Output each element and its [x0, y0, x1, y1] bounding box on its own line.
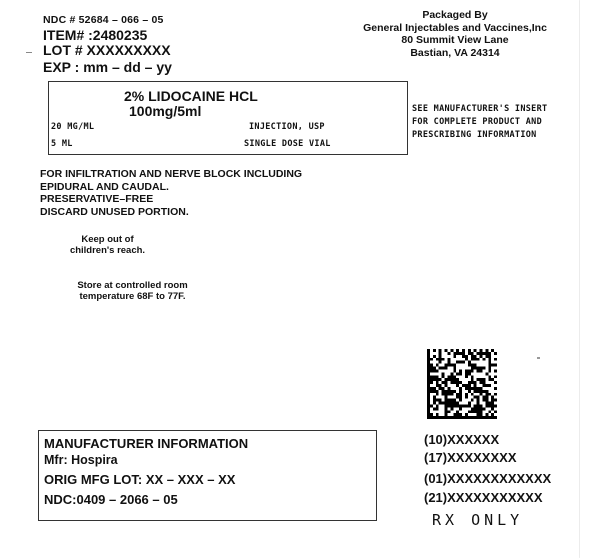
packager-street: 80 Summit View Lane [330, 34, 580, 47]
label-edge [579, 0, 580, 558]
storage-line: Store at controlled room [55, 280, 210, 291]
manufacturer-heading: MANUFACTURER INFORMATION [44, 436, 248, 451]
datamatrix-barcode-icon [427, 349, 497, 419]
product-box: 2% LIDOCAINE HCL 100mg/5ml 20 MG/ML INJE… [48, 81, 408, 155]
packager-info: Packaged By General Injectables and Vacc… [330, 9, 580, 59]
usage-line: FOR INFILTRATION AND NERVE BLOCK INCLUDI… [40, 168, 302, 181]
packager-city: Bastian, VA 24314 [330, 47, 580, 60]
warning-line: Keep out of [60, 234, 155, 245]
gs1-serial: (21)XXXXXXXXXXX [424, 490, 543, 505]
usage-instructions: FOR INFILTRATION AND NERVE BLOCK INCLUDI… [40, 168, 302, 218]
packager-heading: Packaged By [330, 9, 580, 22]
usage-line: PRESERVATIVE–FREE [40, 193, 302, 206]
packager-company: General Injectables and Vaccines,Inc [330, 22, 580, 35]
product-container: SINGLE DOSE VIAL [244, 139, 331, 149]
rx-only: RX ONLY [432, 511, 523, 529]
product-volume: 5 ML [51, 139, 73, 149]
product-name: 2% LIDOCAINE HCL [124, 88, 258, 104]
product-concentration: 20 MG/ML [51, 122, 94, 132]
print-speck [537, 357, 540, 359]
print-speck [26, 52, 32, 53]
manufacturer-name: Mfr: Hospira [44, 453, 118, 467]
storage-instructions: Store at controlled room temperature 68F… [55, 280, 210, 302]
expiration-date: EXP : mm – dd – yy [43, 59, 172, 75]
insert-note-line: SEE MANUFACTURER'S INSERT [412, 103, 547, 116]
product-form: INJECTION, USP [249, 122, 325, 132]
gs1-gtin: (01)XXXXXXXXXXXX [424, 471, 551, 486]
warning-line: children's reach. [60, 245, 155, 256]
storage-line: temperature 68F to 77F. [55, 291, 210, 302]
product-strength: 100mg/5ml [129, 103, 201, 119]
manufacturer-ndc: NDC:0409 – 2066 – 05 [44, 492, 178, 507]
original-lot: ORIG MFG LOT: XX – XXX – XX [44, 472, 235, 487]
ndc-number: NDC # 52684 – 066 – 05 [43, 14, 164, 26]
usage-line: EPIDURAL AND CAUDAL. [40, 181, 302, 194]
manufacturer-box: MANUFACTURER INFORMATION Mfr: Hospira OR… [38, 430, 377, 521]
insert-note-line: PRESCRIBING INFORMATION [412, 129, 547, 142]
insert-note: SEE MANUFACTURER'S INSERT FOR COMPLETE P… [412, 103, 547, 142]
lot-number: LOT # XXXXXXXXX [43, 42, 171, 58]
insert-note-line: FOR COMPLETE PRODUCT AND [412, 116, 547, 129]
item-number: ITEM# :2480235 [43, 27, 147, 43]
usage-line: DISCARD UNUSED PORTION. [40, 206, 302, 219]
gs1-expiry: (17)XXXXXXXX [424, 450, 517, 465]
gs1-lot: (10)XXXXXX [424, 432, 499, 447]
child-warning: Keep out of children's reach. [60, 234, 155, 256]
